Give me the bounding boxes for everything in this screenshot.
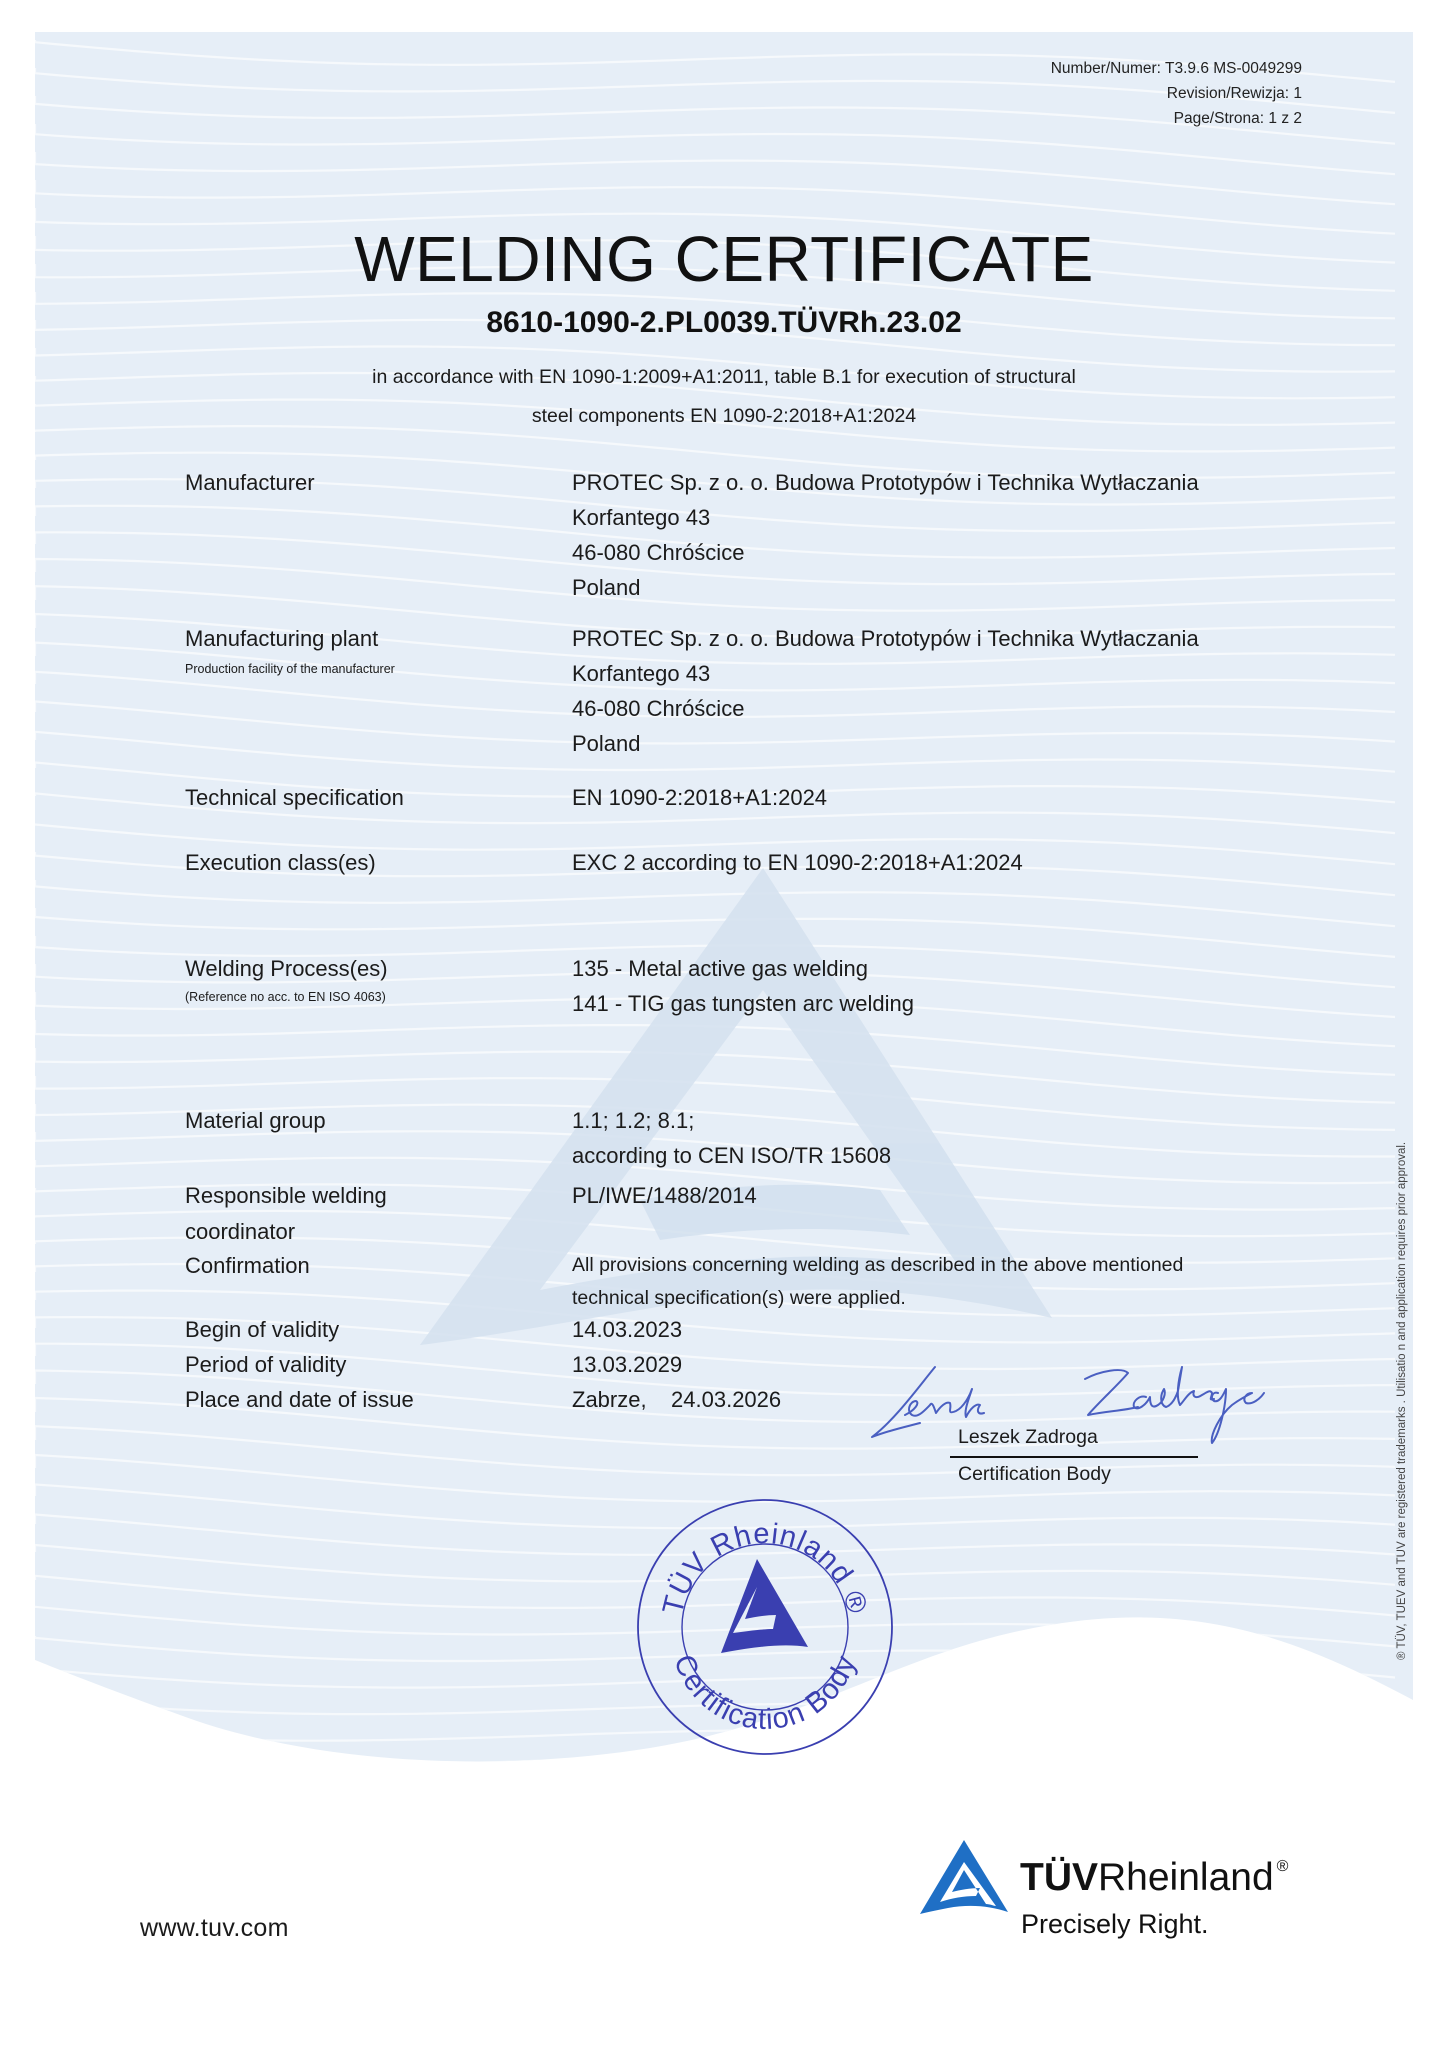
brand-name-regular: Rheinland [1098, 1856, 1274, 1899]
confirmation-label: Confirmation [185, 1253, 310, 1279]
welding-processes-value: 135 - Metal active gas welding 141 - TIG… [572, 951, 914, 1021]
manufacturer-line: Korfantego 43 [572, 500, 1199, 535]
document-number: Number/Numer: T3.9.6 MS-0049299 [1051, 56, 1302, 81]
technical-specification-label: Technical specification [185, 785, 404, 811]
manufacturer-line: Poland [572, 570, 1199, 605]
signer-name: Leszek Zadroga [958, 1426, 1098, 1449]
period-validity-label: Period of validity [185, 1352, 346, 1378]
brand-name: TÜVRheinland® [1020, 1856, 1288, 1900]
brand-tagline: Precisely Right. [1021, 1909, 1209, 1940]
welding-processes-label: Welding Process(es) [185, 956, 388, 982]
brand-name-bold: TÜV [1020, 1856, 1098, 1899]
plant-line: PROTEC Sp. z o. o. Budowa Prototypów i T… [572, 621, 1199, 656]
execution-classes-label: Execution class(es) [185, 850, 376, 876]
period-validity-value: 13.03.2029 [572, 1347, 682, 1382]
subtitle-line-1: in accordance with EN 1090-1:2009+A1:201… [0, 358, 1448, 397]
responsible-coordinator-label: Responsible welding coordinator [185, 1183, 387, 1245]
footer-url-link[interactable]: www.tuv.com [140, 1914, 289, 1943]
certificate-number: 8610-1090-2.PL0039.TÜVRh.23.02 [0, 306, 1448, 340]
begin-validity-label: Begin of validity [185, 1317, 339, 1343]
trademark-note: ® TÜV, TUEV and TUV are registered trade… [1396, 1142, 1408, 1660]
registered-mark: ® [1277, 1858, 1289, 1875]
certificate-title: WELDING CERTIFICATE [0, 222, 1448, 296]
manufacturer-line: 46-080 Chróścice [572, 535, 1199, 570]
place-date-value: Zabrze, 24.03.2026 [572, 1382, 781, 1417]
confirmation-value: All provisions concerning welding as des… [572, 1249, 1183, 1315]
manufacturing-plant-sublabel: Production facility of the manufacturer [185, 662, 395, 676]
svg-text:Certification Body: Certification Body [667, 1650, 863, 1736]
execution-classes-value: EXC 2 according to EN 1090-2:2018+A1:202… [572, 845, 1023, 880]
signer-role: Certification Body [958, 1463, 1111, 1486]
seal-bottom-text: Certification Body [667, 1650, 863, 1736]
place-date-label: Place and date of issue [185, 1387, 414, 1413]
manufacturing-plant-label: Manufacturing plant [185, 626, 378, 652]
responsible-coordinator-value: PL/IWE/1488/2014 [572, 1178, 757, 1213]
plant-line: Poland [572, 726, 1199, 761]
material-group-label: Material group [185, 1108, 326, 1134]
begin-validity-value: 14.03.2023 [572, 1312, 682, 1347]
document-revision: Revision/Rewizja: 1 [1051, 81, 1302, 106]
signature-rule [950, 1456, 1198, 1458]
tuv-logo-icon [918, 1836, 1010, 1920]
welding-processes-sublabel: (Reference no acc. to EN ISO 4063) [185, 990, 386, 1004]
certification-seal: TÜV Rheinland ® Certification Body [633, 1495, 898, 1760]
manufacturing-plant-value: PROTEC Sp. z o. o. Budowa Prototypów i T… [572, 621, 1199, 761]
material-group-line: according to CEN ISO/TR 15608 [572, 1138, 891, 1173]
seal-triangle-icon [721, 1559, 808, 1653]
subtitle-line-2: steel components EN 1090-2:2018+A1:2024 [0, 397, 1448, 436]
manufacturer-label: Manufacturer [185, 470, 315, 496]
plant-line: Korfantego 43 [572, 656, 1199, 691]
certificate-subtitle: in accordance with EN 1090-1:2009+A1:201… [0, 358, 1448, 436]
coordinator-label-line-1: Responsible welding [185, 1183, 387, 1209]
confirmation-line: All provisions concerning welding as des… [572, 1249, 1183, 1282]
plant-line: 46-080 Chróścice [572, 691, 1199, 726]
confirmation-line: technical specification(s) were applied. [572, 1282, 1183, 1315]
welding-process-item: 141 - TIG gas tungsten arc welding [572, 986, 914, 1021]
manufacturer-line: PROTEC Sp. z o. o. Budowa Prototypów i T… [572, 465, 1199, 500]
technical-specification-value: EN 1090-2:2018+A1:2024 [572, 780, 827, 815]
material-group-value: 1.1; 1.2; 8.1; according to CEN ISO/TR 1… [572, 1103, 891, 1173]
manufacturer-value: PROTEC Sp. z o. o. Budowa Prototypów i T… [572, 465, 1199, 605]
document-meta: Number/Numer: T3.9.6 MS-0049299 Revision… [1051, 56, 1302, 131]
welding-process-item: 135 - Metal active gas welding [572, 951, 914, 986]
material-group-line: 1.1; 1.2; 8.1; [572, 1103, 891, 1138]
document-page: Page/Strona: 1 z 2 [1051, 106, 1302, 131]
coordinator-label-line-2: coordinator [185, 1219, 387, 1245]
